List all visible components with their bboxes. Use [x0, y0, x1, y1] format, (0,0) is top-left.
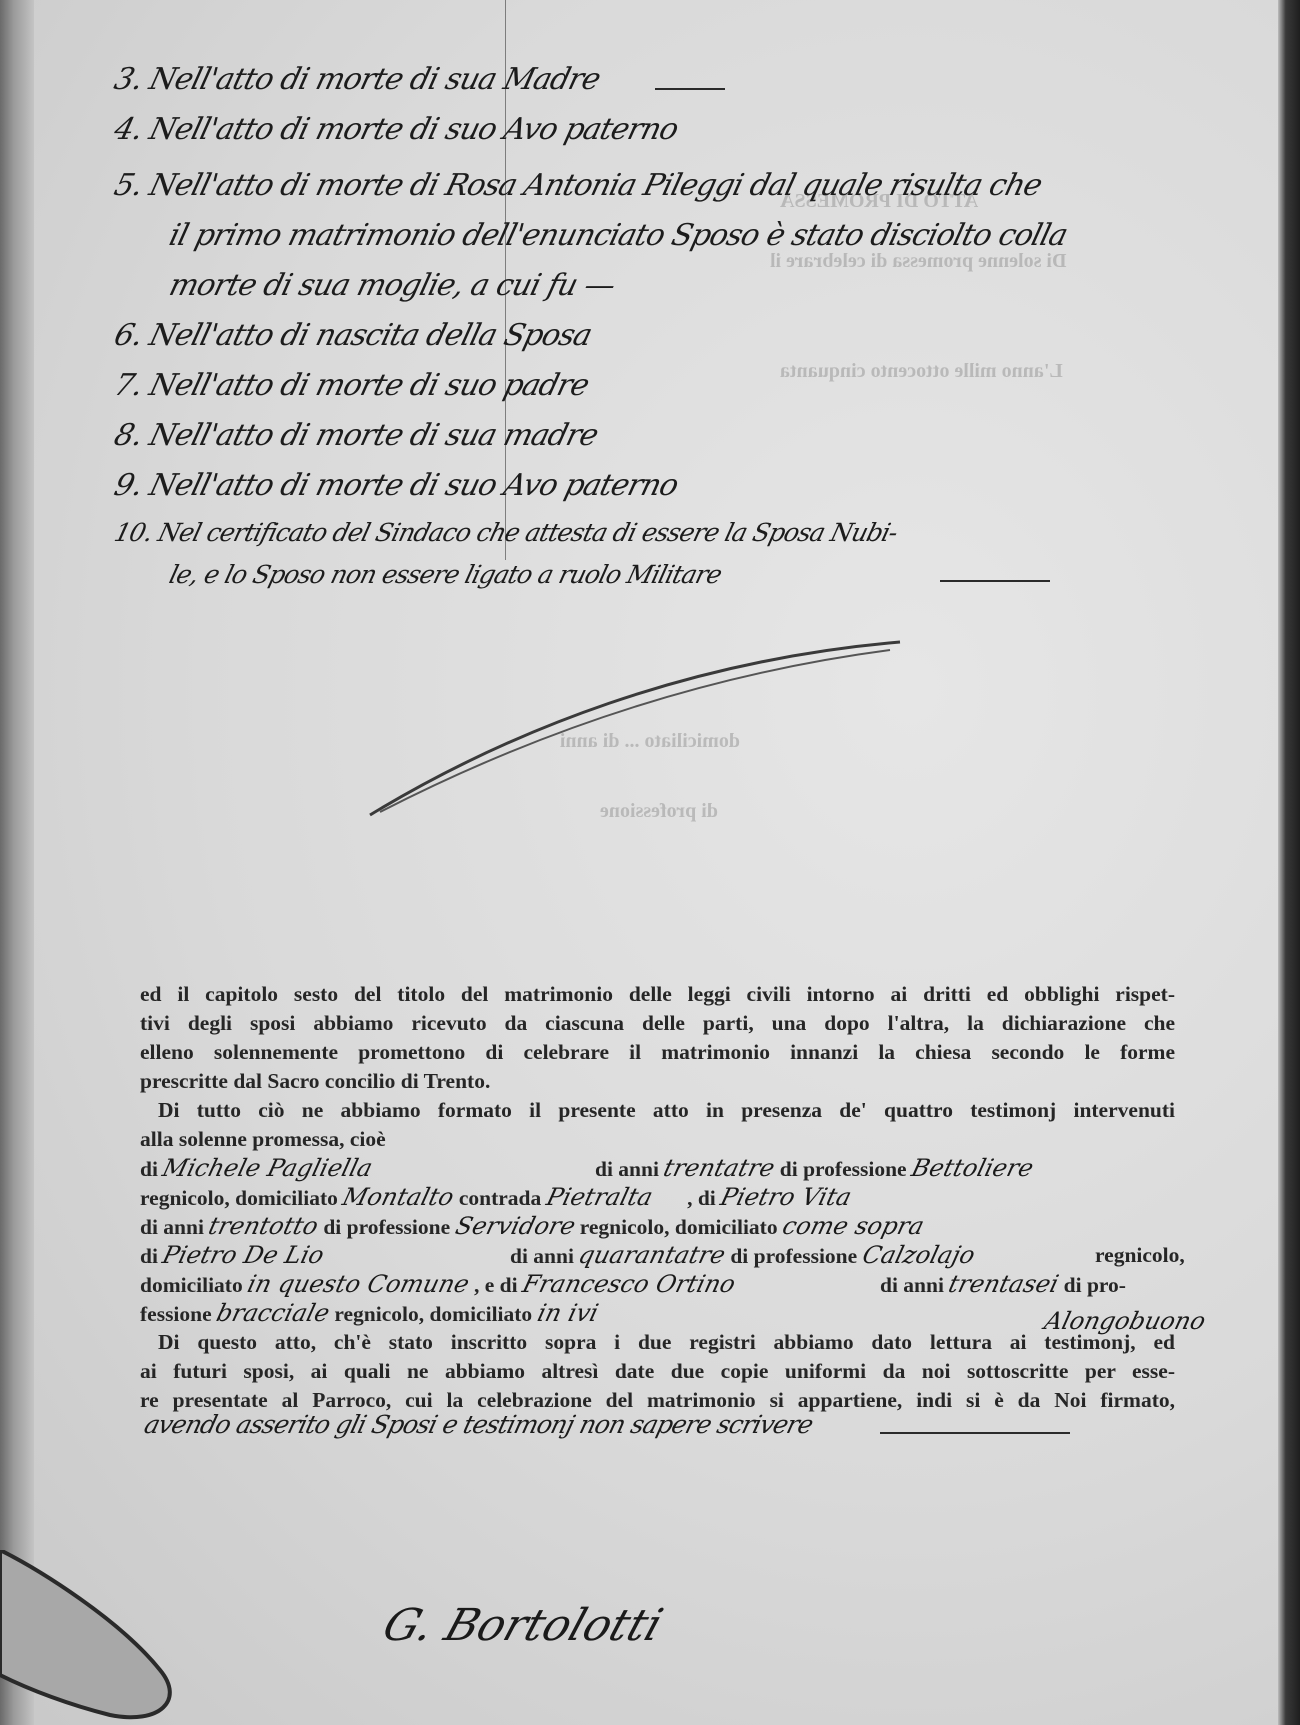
witness-3-line: di Pietro De Lio	[140, 1241, 324, 1271]
witness-2-name: Pietro Vita	[718, 1183, 855, 1212]
witness-1-line: di Michele Pagliella	[140, 1154, 372, 1184]
line-filler-stroke	[655, 88, 725, 90]
printed-line: prescritte dal Sacro concilio di Trento.	[140, 1067, 490, 1096]
printed-line: alla solenne promessa, cioè	[140, 1125, 386, 1154]
witness-2-profession: Servidore	[452, 1212, 578, 1241]
closing-handwritten-note: avendo asserito gli Sposi e testimonj no…	[141, 1410, 815, 1439]
handwritten-item-5-cont-2: morte di sua moglie, a cui fu —	[166, 268, 619, 303]
witness-4-age-line: di anni trentasei di pro-	[880, 1270, 1126, 1300]
official-signature: G. Bortolotti	[377, 1600, 669, 1651]
witness-3-age: quarantatre	[576, 1241, 729, 1270]
handwritten-item-5-cont-1: il primo matrimonio dell'enunciato Sposo…	[166, 218, 1071, 253]
witness-4-domicile: in ivi	[534, 1299, 601, 1328]
line-filler-stroke	[940, 580, 1050, 582]
handwritten-item-3: 3. Nell'atto di morte di sua Madre	[111, 62, 604, 97]
cancel-stroke	[360, 640, 920, 820]
handwritten-item-10-cont: le, e lo Sposo non essere ligato a ruolo…	[166, 560, 724, 589]
handwritten-item-7: 7. Nell'atto di morte di suo padre	[111, 368, 593, 403]
printed-line: tivi degli sposi abbiamo ricevuto da cia…	[140, 1009, 1175, 1038]
printed-line: Di questo atto, ch'è stato inscritto sop…	[158, 1328, 1175, 1357]
line-filler-stroke	[880, 1432, 1070, 1434]
witness-3-domicile-line: domiciliato in questo Comune , e di Fran…	[140, 1270, 735, 1300]
thumb-in-frame	[0, 1550, 190, 1725]
witness-1-age: trentatre	[661, 1154, 778, 1183]
witness-4-name: Francesco Ortino	[519, 1270, 738, 1299]
witness-4-domicile-line: fessione bracciale regnicolo, domiciliat…	[140, 1299, 597, 1329]
witness-1-domicile: Montalto	[340, 1183, 457, 1212]
witness-3-age-line: di anni quarantatre di professione Calzo…	[510, 1241, 974, 1271]
witness-3-profession: Calzolajo	[859, 1241, 978, 1270]
witness-4-profession: bracciale	[213, 1299, 332, 1328]
printed-line: elleno solennemente promettono di celebr…	[140, 1038, 1175, 1067]
bleed-through-text: L'anno mille ottocento cinquanta	[780, 360, 1063, 383]
witness-4-age: trentasei	[946, 1270, 1062, 1299]
page-left-shadow	[0, 0, 34, 1725]
witness-2-age: trentotto	[206, 1212, 322, 1241]
witness-2-line: di anni trentotto di professione Servido…	[140, 1212, 923, 1242]
witness-1-domicile-line: regnicolo, domiciliato Montalto contrada…	[140, 1183, 851, 1213]
handwritten-item-9: 9. Nell'atto di morte di suo Avo paterno	[111, 468, 682, 503]
printed-line: Di tutto ciò ne abbiamo formato il prese…	[158, 1096, 1175, 1125]
witness-2-domicile: come sopra	[779, 1212, 927, 1241]
page-right-binding	[1278, 0, 1300, 1725]
printed-word: regnicolo,	[1095, 1241, 1185, 1270]
witness-1-name: Michele Pagliella	[160, 1154, 376, 1183]
handwritten-item-10: 10. Nel certificato del Sindaco che atte…	[111, 518, 900, 547]
handwritten-item-4: 4. Nell'atto di morte di suo Avo paterno	[111, 112, 682, 147]
handwritten-item-8: 8. Nell'atto di morte di sua madre	[111, 418, 602, 453]
handwritten-item-6: 6. Nell'atto di nascita della Sposa	[111, 318, 595, 353]
printed-line: ed il capitolo sesto del titolo del matr…	[140, 980, 1175, 1009]
witness-3-domicile: in questo Comune	[244, 1270, 472, 1299]
printed-line: ai futuri sposi, ai quali ne abbiamo alt…	[140, 1357, 1175, 1386]
witness-1-profession: Bettoliere	[908, 1154, 1036, 1183]
witness-1-street: Pietralta	[543, 1183, 655, 1212]
witness-1-age-line: di anni trentatre di professione Bettoli…	[595, 1154, 1033, 1184]
handwritten-item-5: 5. Nell'atto di morte di Rosa Antonia Pi…	[111, 168, 1046, 203]
witness-3-name: Pietro De Lio	[160, 1241, 328, 1270]
document-page: ATTO DI PROMESSA Di solenne promessa di …	[0, 0, 1300, 1725]
bleed-through-text: Di solenne promessa di celebrare il	[770, 250, 1066, 273]
